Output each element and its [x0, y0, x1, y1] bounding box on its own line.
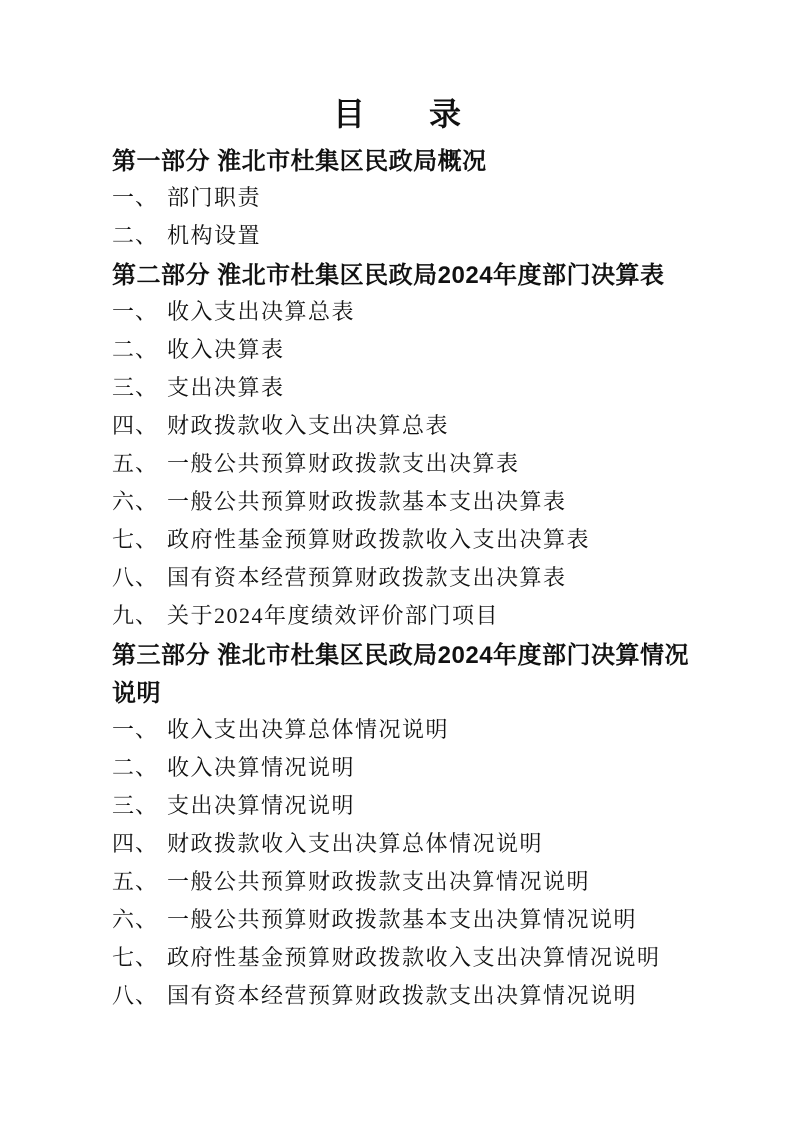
toc-item-number: 六、 — [112, 485, 158, 516]
toc-item-label: 一般公共预算财政拨款支出决算情况说明 — [167, 865, 590, 896]
toc-item-number: 一、 — [112, 713, 158, 744]
table-of-contents: 第一部分 淮北市杜集区民政局概况 一、 部门职责 二、 机构设置 第二部分 淮北… — [112, 139, 724, 1013]
toc-item-number: 六、 — [112, 903, 158, 934]
toc-item-number: 七、 — [112, 941, 158, 972]
toc-item: 四、 财政拨款收入支出决算总体情况说明 — [112, 823, 724, 861]
toc-item-number: 五、 — [112, 865, 158, 896]
toc-item-label: 国有资本经营预算财政拨款支出决算情况说明 — [167, 979, 637, 1010]
toc-item-label: 财政拨款收入支出决算总表 — [167, 409, 449, 440]
toc-item: 二、 收入决算表 — [112, 329, 724, 367]
toc-item: 一、 部门职责 — [112, 177, 724, 215]
toc-item-number: 八、 — [112, 561, 158, 592]
toc-item-number: 四、 — [112, 827, 158, 858]
toc-item: 七、 政府性基金预算财政拨款收入支出决算表 — [112, 519, 724, 557]
toc-item: 一、 收入支出决算总表 — [112, 291, 724, 329]
toc-item: 八、 国有资本经营预算财政拨款支出决算情况说明 — [112, 975, 724, 1013]
toc-item-label: 国有资本经营预算财政拨款支出决算表 — [167, 561, 567, 592]
toc-item-number: 二、 — [112, 333, 158, 364]
toc-item-number: 二、 — [112, 751, 158, 782]
toc-item: 三、 支出决算情况说明 — [112, 785, 724, 823]
toc-item-label: 收入决算表 — [167, 333, 285, 364]
toc-item-number: 三、 — [112, 371, 158, 402]
toc-item-number: 九、 — [112, 599, 158, 630]
toc-item-label: 政府性基金预算财政拨款收入支出决算表 — [167, 523, 590, 554]
toc-item-number: 三、 — [112, 789, 158, 820]
toc-item: 八、 国有资本经营预算财政拨款支出决算表 — [112, 557, 724, 595]
toc-item-label: 一般公共预算财政拨款基本支出决算情况说明 — [167, 903, 637, 934]
toc-item: 二、 机构设置 — [112, 215, 724, 253]
toc-item: 六、 一般公共预算财政拨款基本支出决算情况说明 — [112, 899, 724, 937]
toc-item-label: 财政拨款收入支出决算总体情况说明 — [167, 827, 543, 858]
toc-item-label: 一般公共预算财政拨款基本支出决算表 — [167, 485, 567, 516]
section-heading-part3-line1: 第三部分 淮北市杜集区民政局2024年度部门决算情况 — [112, 633, 724, 671]
section-heading-part3-line2: 说明 — [112, 671, 724, 709]
toc-item: 五、 一般公共预算财政拨款支出决算情况说明 — [112, 861, 724, 899]
toc-item-number: 二、 — [112, 219, 158, 250]
toc-item: 三、 支出决算表 — [112, 367, 724, 405]
toc-item-number: 四、 — [112, 409, 158, 440]
toc-item-number: 五、 — [112, 447, 158, 478]
document-page: 目 录 第一部分 淮北市杜集区民政局概况 一、 部门职责 二、 机构设置 第二部… — [0, 0, 794, 1122]
toc-item: 一、 收入支出决算总体情况说明 — [112, 709, 724, 747]
toc-item-label: 收入支出决算总表 — [167, 295, 355, 326]
toc-item: 五、 一般公共预算财政拨款支出决算表 — [112, 443, 724, 481]
toc-item-number: 八、 — [112, 979, 158, 1010]
toc-item-label: 收入支出决算总体情况说明 — [167, 713, 449, 744]
toc-item-label: 关于2024年度绩效评价部门项目 — [167, 599, 499, 630]
toc-item-label: 政府性基金预算财政拨款收入支出决算情况说明 — [167, 941, 661, 972]
toc-item: 四、 财政拨款收入支出决算总表 — [112, 405, 724, 443]
toc-item: 六、 一般公共预算财政拨款基本支出决算表 — [112, 481, 724, 519]
toc-item-label: 收入决算情况说明 — [167, 751, 355, 782]
toc-item: 九、 关于2024年度绩效评价部门项目 — [112, 595, 724, 633]
toc-item-label: 支出决算表 — [167, 371, 285, 402]
toc-item-label: 机构设置 — [167, 219, 261, 250]
section-heading-part1: 第一部分 淮北市杜集区民政局概况 — [112, 139, 724, 177]
toc-item-number: 一、 — [112, 181, 158, 212]
page-title: 目 录 — [0, 92, 794, 136]
toc-item: 二、 收入决算情况说明 — [112, 747, 724, 785]
section-heading-part2: 第二部分 淮北市杜集区民政局2024年度部门决算表 — [112, 253, 724, 291]
toc-item-label: 支出决算情况说明 — [167, 789, 355, 820]
toc-item-number: 一、 — [112, 295, 158, 326]
toc-item: 七、 政府性基金预算财政拨款收入支出决算情况说明 — [112, 937, 724, 975]
toc-item-label: 部门职责 — [167, 181, 261, 212]
toc-item-label: 一般公共预算财政拨款支出决算表 — [167, 447, 520, 478]
toc-item-number: 七、 — [112, 523, 158, 554]
